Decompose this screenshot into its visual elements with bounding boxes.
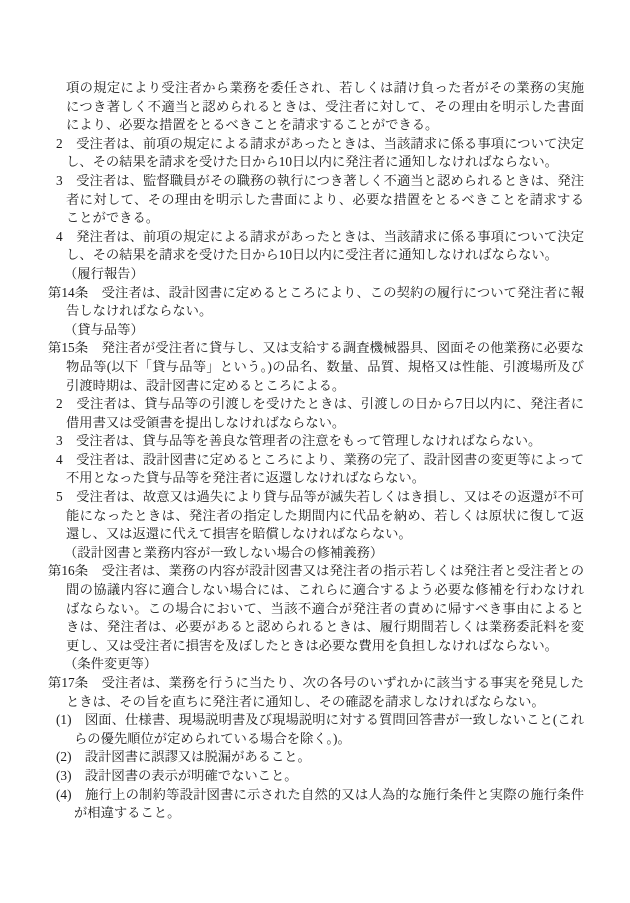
paragraph-article-第17条: 第17条 受注者は、業務を行うに当たり、次の各号のいずれかに該当する事実を発見し… bbox=[48, 674, 584, 711]
paragraph-article-第14条: 第14条 受注者は、設計図書に定めるところにより、この契約の履行について発注者に… bbox=[48, 284, 584, 321]
paragraph-heading: （設計図書と業務内容が一致しない場合の修補義務） bbox=[48, 544, 584, 563]
paragraph-subitem-(3): (3) 設計図書の表示が明確でないこと。 bbox=[48, 767, 584, 786]
paragraph-article-第16条: 第16条 受注者は、業務の内容が設計図書又は発注者の指示若しくは発注者と受注者と… bbox=[48, 562, 584, 655]
paragraph-item-2: 2 受注者は、前項の規定による請求があったときは、当該請求に係る事項について決定… bbox=[48, 135, 584, 172]
paragraph-item-3: 3 受注者は、貸与品等を善良な管理者の注意をもって管理しなければならない。 bbox=[48, 432, 584, 451]
paragraph-subitem-(2): (2) 設計図書に誤謬又は脱漏があること。 bbox=[48, 748, 584, 767]
paragraph-subitem-(1): (1) 図面、仕様書、現場説明書及び現場説明に対する質問回答書が一致しないこと(… bbox=[48, 711, 584, 748]
paragraph-heading: （履行報告） bbox=[48, 265, 584, 284]
paragraph-item-2: 2 受注者は、貸与品等の引渡しを受けたときは、引渡しの日から7日以内に、発注者に… bbox=[48, 395, 584, 432]
paragraph-item-3: 3 受注者は、監督職員がその職務の執行につき著しく不適当と認められるときは、発注… bbox=[48, 172, 584, 228]
paragraph-article-第15条: 第15条 発注者が受注者に貸与し、又は支給する調査機械器具、図面その他業務に必要… bbox=[48, 339, 584, 395]
paragraph-item-5: 5 受注者は、故意又は過失により貸与品等が滅失若しくはき損し、又はその返還が不可… bbox=[48, 488, 584, 544]
paragraph-subitem-(4): (4) 施行上の制約等設計図書に示された自然的又は人為的な施行条件と実際の施行条… bbox=[48, 786, 584, 823]
contract-document-page: 項の規定により受注者から業務を委任され、若しくは請け負った者がその業務の実施につ… bbox=[0, 0, 630, 903]
paragraph-item-4: 4 発注者は、前項の規定による請求があったときは、当該請求に係る事項について決定… bbox=[48, 228, 584, 265]
paragraph-heading: （条件変更等） bbox=[48, 655, 584, 674]
paragraph-continuation: 項の規定により受注者から業務を委任され、若しくは請け負った者がその業務の実施につ… bbox=[48, 79, 584, 135]
paragraph-item-4: 4 受注者は、設計図書に定めるところにより、業務の完了、設計図書の変更等によって… bbox=[48, 451, 584, 488]
paragraph-heading: （貸与品等） bbox=[48, 321, 584, 340]
document-body: 項の規定により受注者から業務を委任され、若しくは請け負った者がその業務の実施につ… bbox=[48, 79, 584, 823]
